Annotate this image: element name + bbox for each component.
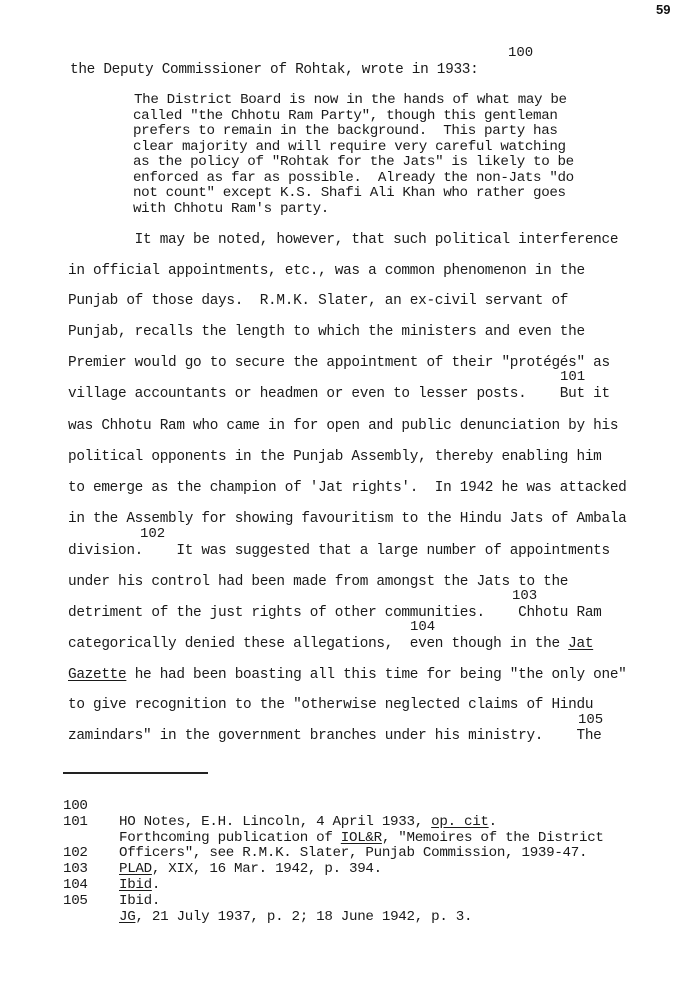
body-line: division. It was suggested that a large … [68,543,610,559]
jat-gazette-title: Jat [568,636,593,652]
body-line: was Chhotu Ram who came in for open and … [68,418,618,434]
body-line: to emerge as the champion of 'Jat rights… [68,480,627,496]
quote-line: not count" except K.S. Shafi Ali Khan wh… [133,186,566,202]
body-line: Punjab, recalls the length to which the … [68,324,585,340]
footnote-item: 105 JG, 21 July 1937, p. 2; 18 June 1942… [63,877,683,941]
body-line: Premier would go to secure the appointme… [68,355,610,371]
body-line: detriment of the just rights of other co… [68,605,602,621]
body-text-segment: categorically denied these allegations, … [68,636,568,652]
footnote-ref-102: 102 [140,527,165,541]
body-line: to give recognition to the "otherwise ne… [68,697,593,713]
body-line: zamindars" in the government branches un… [68,728,602,744]
body-line: in official appointments, etc., was a co… [68,263,585,279]
jat-gazette-title: Gazette [68,667,126,683]
page-number: 59 [656,2,670,17]
footnote-ref-100: 100 [508,46,533,60]
body-line: village accountants or headmen or even t… [68,386,610,402]
body-line: categorically denied these allegations, … [68,636,593,652]
quote-line: as the policy of "Rohtak for the Jats" i… [133,155,574,171]
footnote-divider [63,772,208,774]
footnote-ref-103: 103 [512,589,537,603]
body-line: It may be noted, however, that such poli… [68,232,618,248]
footnote-ref-101: 101 [560,370,585,384]
footnote-number: 105 [63,893,88,909]
footnote-ref-104: 104 [410,620,435,634]
body-line: Gazette he had been boasting all this ti… [68,667,627,683]
intro-line: the Deputy Commissioner of Rohtak, wrote… [70,62,478,78]
body-line: Punjab of those days. R.M.K. Slater, an … [68,293,568,309]
body-text-segment: he had been boasting all this time for b… [126,667,626,683]
body-line: under his control had been made from amo… [68,574,568,590]
quote-line: The District Board is now in the hands o… [134,93,567,109]
body-line: in the Assembly for showing favouritism … [68,511,627,527]
footnote-text: JG, 21 July 1937, p. 2; 18 June 1942, p.… [119,909,472,925]
body-line: political opponents in the Punjab Assemb… [68,449,602,465]
footnote-ref-105: 105 [578,713,603,727]
quote-line: prefers to remain in the background. Thi… [133,124,558,140]
quote-line: with Chhotu Ram's party. [133,202,329,218]
footnotes: 100 HO Notes, E.H. Lincoln, 4 April 1933… [63,782,683,902]
